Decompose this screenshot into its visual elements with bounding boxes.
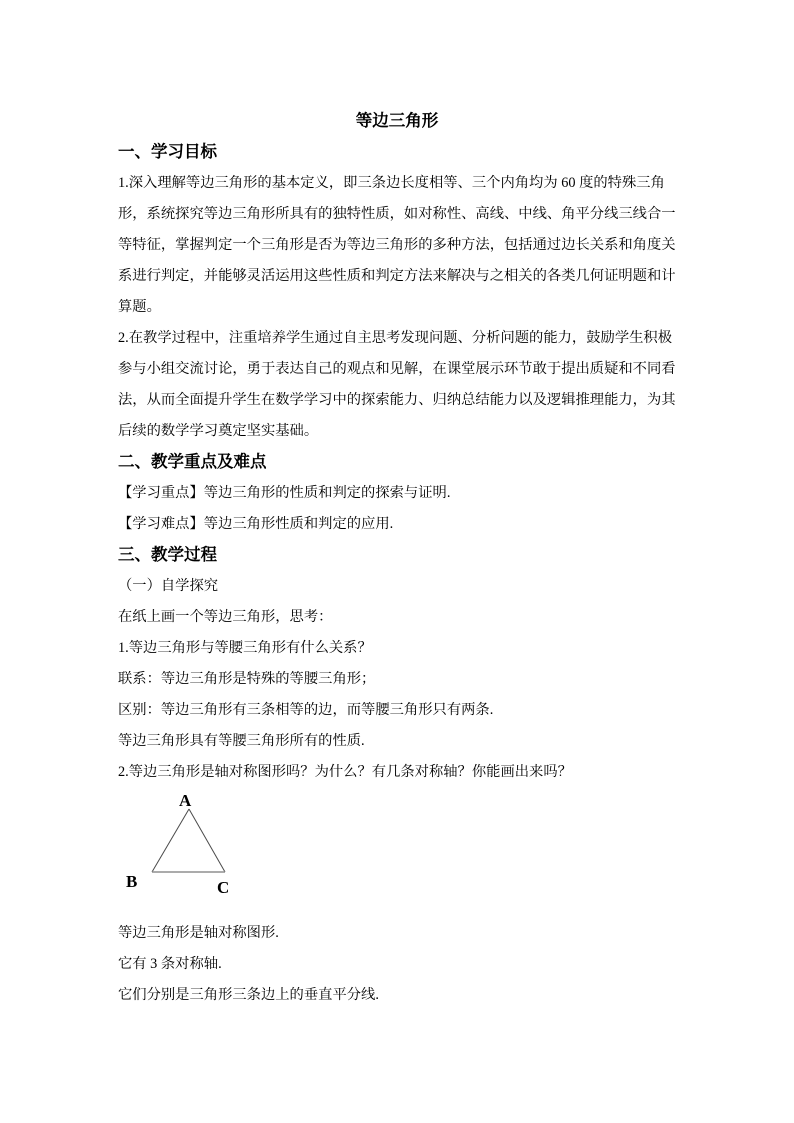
equilateral-triangle-drawing (118, 788, 278, 918)
section3-heading: 三、教学过程 (118, 540, 676, 571)
section1-heading: 一、学习目标 (118, 137, 676, 168)
doc-title: 等边三角形 (118, 106, 676, 137)
document-page: 等边三角形 一、学习目标 1.深入理解等边三角形的基本定义，即三条边长度相等、三… (0, 0, 794, 1123)
subsection1-heading: （一）自学探究 (118, 571, 676, 602)
vertex-a-label: A (179, 792, 191, 809)
p1-line-5: 算题。 (118, 292, 676, 323)
question2-line: 2.等边三角形是轴对称图形吗？为什么？有几条对称轴？你能画出来吗？ (118, 757, 676, 788)
triangle-side-ab (152, 809, 189, 872)
q1-relation-line: 联系：等边三角形是特殊的等腰三角形； (118, 664, 676, 695)
answer2-line: 它有 3 条对称轴. (118, 949, 676, 980)
p2-line-4: 后续的数学学习奠定坚实基础。 (118, 416, 676, 447)
difficult-point-line: 【学习难点】等边三角形性质和判定的应用. (118, 509, 676, 540)
p1-line-1: 1.深入理解等边三角形的基本定义，即三条边长度相等、三个内角均为 60 度的特殊… (118, 168, 676, 199)
vertex-c-label: C (217, 879, 229, 896)
p2-line-1: 2.在教学过程中，注重培养学生通过自主思考发现问题、分析问题的能力，鼓励学生积极 (118, 323, 676, 354)
vertex-b-label: B (126, 873, 137, 890)
triangle-side-ac (189, 809, 225, 872)
answer1-line: 等边三角形是轴对称图形. (118, 918, 676, 949)
q1-property-line: 等边三角形具有等腰三角形所有的性质. (118, 726, 676, 757)
p2-line-3: 法，从而全面提升学生在数学学习中的探索能力、归纳总结能力以及逻辑推理能力，为其 (118, 385, 676, 416)
p2-line-2: 参与小组交流讨论，勇于表达自己的观点和见解，在课堂展示环节敢于提出质疑和不同看 (118, 354, 676, 385)
section2-heading: 二、教学重点及难点 (118, 447, 676, 478)
triangle-figure: A B C (118, 788, 676, 918)
intro-line: 在纸上画一个等边三角形，思考： (118, 602, 676, 633)
p1-line-4: 系进行判定，并能够灵活运用这些性质和判定方法来解决与之相关的各类几何证明题和计 (118, 261, 676, 292)
q1-difference-line: 区别：等边三角形有三条相等的边，而等腰三角形只有两条. (118, 695, 676, 726)
answer3-line: 它们分别是三角形三条边上的垂直平分线. (118, 980, 676, 1011)
p1-line-2: 形，系统探究等边三角形所具有的独特性质，如对称性、高线、中线、角平分线三线合一 (118, 199, 676, 230)
question1-line: 1.等边三角形与等腰三角形有什么关系？ (118, 633, 676, 664)
key-point-line: 【学习重点】等边三角形的性质和判定的探索与证明. (118, 478, 676, 509)
p1-line-3: 等特征，掌握判定一个三角形是否为等边三角形的多种方法，包括通过边长关系和角度关 (118, 230, 676, 261)
